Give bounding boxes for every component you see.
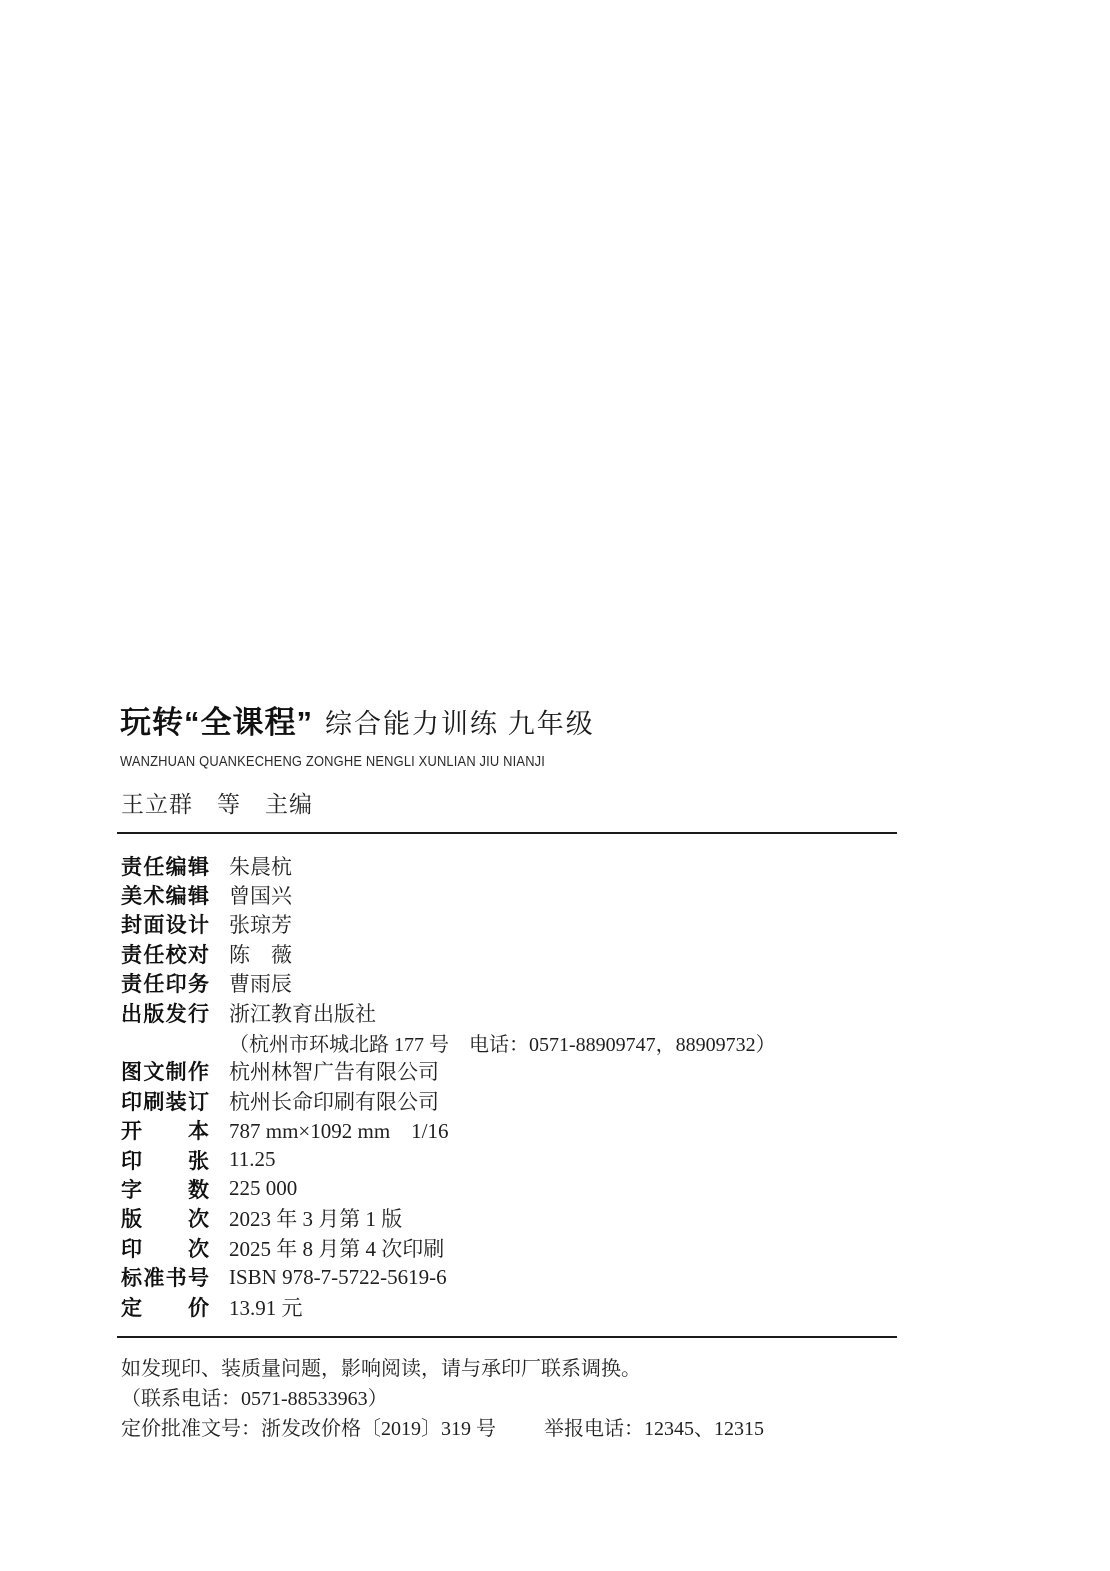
colophon-row-art-editor: 美术编辑 曾国兴 [121, 880, 776, 909]
colophon-label: 图文制作 [121, 1056, 209, 1086]
colophon-value: 朱晨杭 [229, 851, 292, 881]
colophon-row-publisher: 出版发行 浙江教育出版社 [121, 998, 776, 1027]
colophon-label: 责任印务 [121, 968, 209, 998]
colophon-label: 印刷装订 [121, 1086, 209, 1116]
colophon-label: 定价 [121, 1292, 209, 1322]
colophon-row-sheets: 印张 11.25 [121, 1145, 776, 1174]
colophon-row-responsible-editor: 责任编辑 朱晨杭 [121, 851, 776, 880]
colophon-row-publisher-address: （杭州市环城北路 177 号 电话：0571-88909747，88909732… [121, 1027, 776, 1056]
colophon-value: 杭州林智广告有限公司 [229, 1056, 439, 1086]
book-title: 玩转“全课程” 综合能力训练 九年级 [120, 697, 595, 742]
colophon-value: 杭州长命印刷有限公司 [229, 1086, 439, 1116]
colophon-label: 责任编辑 [121, 851, 209, 881]
colophon-label: 印次 [121, 1233, 209, 1263]
colophon-row-cover-design: 封面设计 张琼芳 [121, 910, 776, 939]
colophon-row-edition: 版次 2023 年 3 月第 1 版 [121, 1204, 776, 1233]
report-phone: 举报电话：12345、12315 [544, 1412, 764, 1441]
contact-phone-line: （联系电话：0571-88533963） [121, 1381, 764, 1411]
book-title-main: 玩转“全课程” [120, 705, 313, 740]
colophon-row-graphics-production: 图文制作 杭州林智广告有限公司 [121, 1057, 776, 1086]
colophon-value: 陈 薇 [229, 939, 292, 969]
colophon-label: 开本 [121, 1115, 209, 1145]
colophon-label: 出版发行 [121, 998, 209, 1028]
colophon-value: 曹雨辰 [229, 968, 292, 998]
colophon-label: 美术编辑 [121, 880, 209, 910]
colophon-value: 2025 年 8 月第 4 次印刷 [229, 1233, 444, 1263]
quality-notice-line: 如发现印、装质量问题，影响阅读，请与承印厂联系调换。 [121, 1351, 764, 1381]
colophon-label: 印张 [121, 1145, 209, 1175]
colophon-label: 字数 [121, 1174, 209, 1204]
book-title-pinyin: WANZHUAN QUANKECHENG ZONGHE NENGLI XUNLI… [120, 753, 545, 770]
colophon-value: 13.91 元 [229, 1292, 303, 1322]
colophon-row-format: 开本 787 mm×1092 mm 1/16 [121, 1116, 776, 1145]
colophon-table: 责任编辑 朱晨杭 美术编辑 曾国兴 封面设计 张琼芳 责任校对 陈 薇 责任印务… [121, 851, 776, 1321]
colophon-label: 封面设计 [121, 909, 209, 939]
colophon-value: 11.25 [229, 1147, 275, 1172]
colophon-label: 责任校对 [121, 939, 209, 969]
colophon-value: 张琼芳 [229, 909, 292, 939]
colophon-value: ISBN 978-7-5722-5619-6 [229, 1265, 447, 1290]
colophon-row-printing-binding: 印刷装订 杭州长命印刷有限公司 [121, 1086, 776, 1115]
footer-note: 如发现印、装质量问题，影响阅读，请与承印厂联系调换。 （联系电话：0571-88… [121, 1351, 764, 1441]
colophon-row-print-manager: 责任印务 曹雨辰 [121, 969, 776, 998]
pricing-approval-line: 定价批准文号：浙发改价格〔2019〕319 号 举报电话：12345、12315 [121, 1411, 764, 1441]
book-title-sub: 综合能力训练 九年级 [325, 709, 595, 739]
colophon-value: 2023 年 3 月第 1 版 [229, 1203, 402, 1233]
pricing-approval-number: 定价批准文号：浙发改价格〔2019〕319 号 [121, 1412, 496, 1441]
colophon-value: 225 000 [229, 1176, 297, 1201]
divider-top [117, 832, 897, 834]
colophon-value: 浙江教育出版社 [229, 998, 376, 1028]
editor-byline: 王立群 等 主编 [121, 786, 313, 819]
colophon-value: 787 mm×1092 mm 1/16 [229, 1115, 449, 1145]
colophon-row-impression: 印次 2025 年 8 月第 4 次印刷 [121, 1233, 776, 1262]
colophon-row-isbn: 标准书号 ISBN 978-7-5722-5619-6 [121, 1262, 776, 1291]
colophon-value: 曾国兴 [229, 880, 292, 910]
colophon-page: 玩转“全课程” 综合能力训练 九年级 WANZHUAN QUANKECHENG … [0, 0, 1110, 1571]
divider-bottom [117, 1336, 897, 1338]
colophon-row-proofreader: 责任校对 陈 薇 [121, 939, 776, 968]
colophon-label: 标准书号 [121, 1262, 209, 1292]
colophon-label: 版次 [121, 1203, 209, 1233]
colophon-value: （杭州市环城北路 177 号 电话：0571-88909747，88909732… [229, 1028, 776, 1057]
colophon-row-word-count: 字数 225 000 [121, 1174, 776, 1203]
colophon-row-price: 定价 13.91 元 [121, 1292, 776, 1321]
